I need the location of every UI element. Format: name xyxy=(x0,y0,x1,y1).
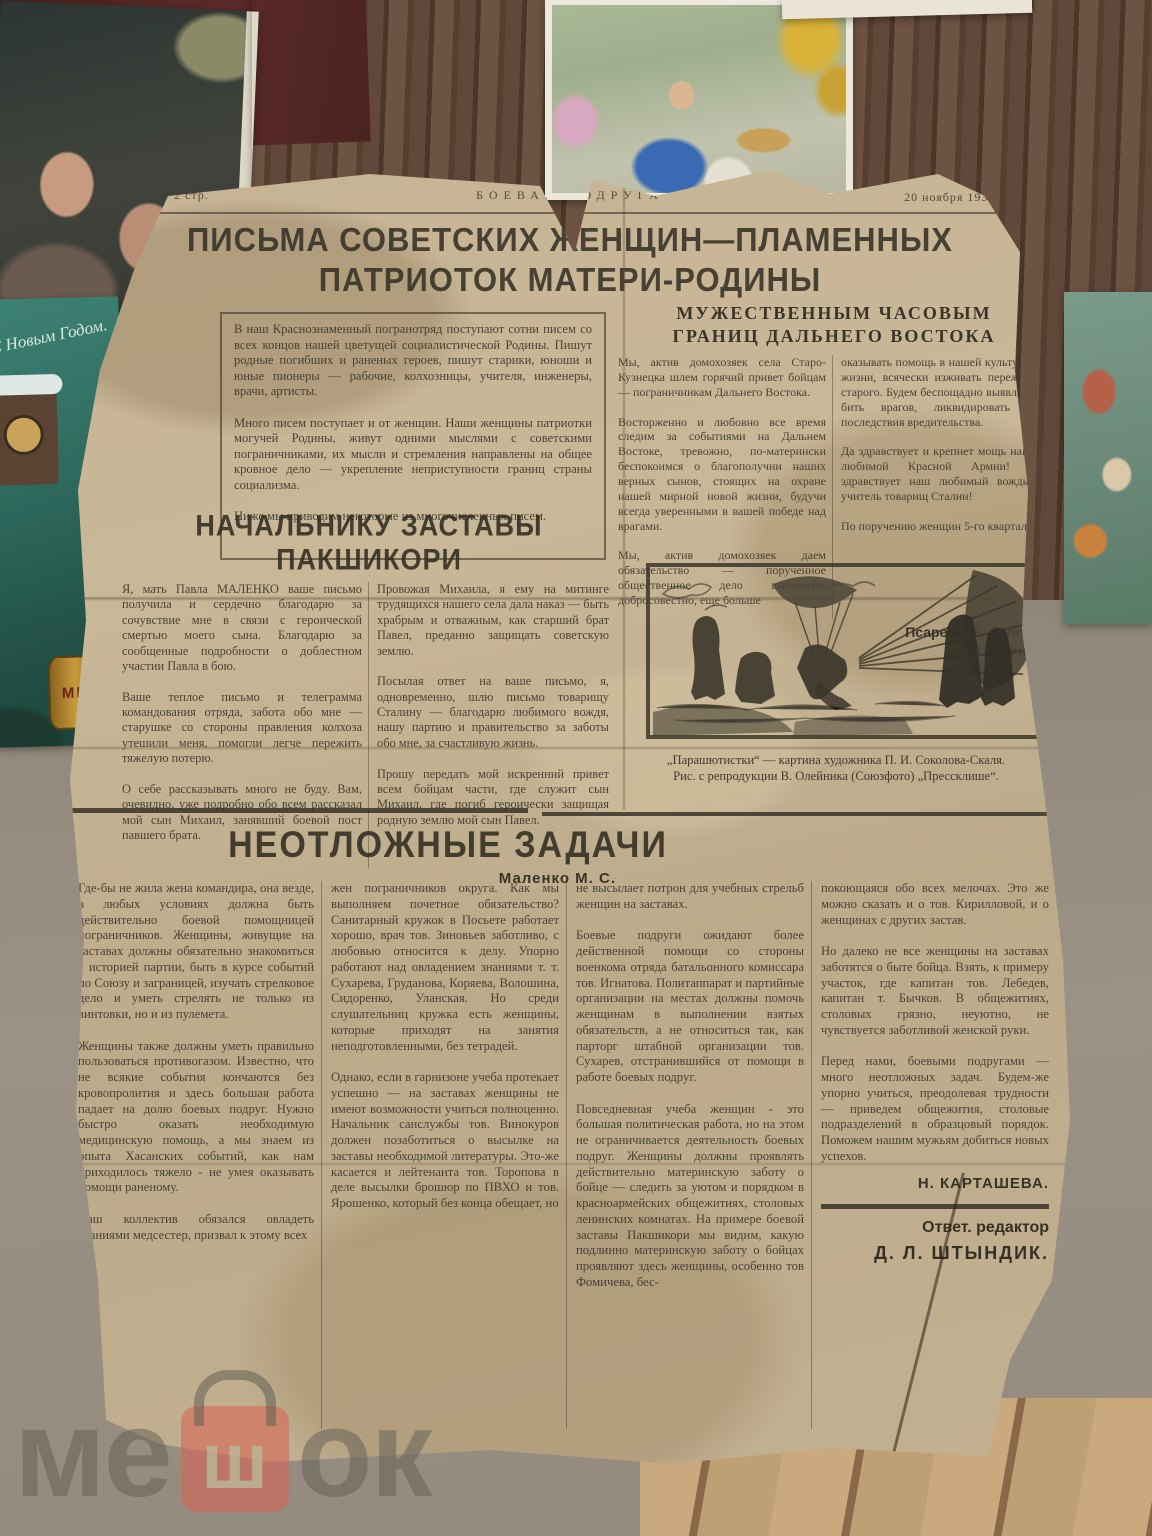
far-east-title-line-2: ГРАНИЦ ДАЛЬНЕГО ВОСТОКА xyxy=(618,325,1050,348)
illustration-caption-line-1: „Парашютистки“ — картина художника П. И.… xyxy=(615,752,1057,768)
postcard-right-partial xyxy=(1064,292,1152,624)
tasks-column-1: Где-бы не жила жена командира, она везде… xyxy=(78,881,314,1429)
parachutists-illustration xyxy=(645,562,1047,742)
parachutists-illustration-svg xyxy=(645,562,1047,742)
fold-crease-horizontal-3 xyxy=(70,1162,1070,1166)
tasks-column-3: не высылает потрон для учебных стрельб ж… xyxy=(566,881,804,1429)
fold-crease-horizontal-1 xyxy=(70,596,1070,601)
tasks-column-2: жен пограничников округа. Как мы выполня… xyxy=(321,881,559,1429)
watermark-prefix: ме xyxy=(14,1392,171,1516)
shopping-bag-icon: ш xyxy=(181,1406,289,1512)
newspaper-page: 2 стр. БОЕВАЯ ПОДРУГА 20 ноября 1938 г. … xyxy=(70,160,1070,1472)
editor-name: Д. Л. ШТЫНДИК. xyxy=(821,1243,1049,1264)
fold-crease-vertical xyxy=(622,160,626,810)
postcard-baby-with-garland xyxy=(252,0,554,192)
fold-crease-horizontal-2 xyxy=(70,746,1070,750)
tasks-signature: Н. КАРТАШЕВА. xyxy=(821,1175,1049,1192)
illustration-caption-line-2: Рис. с репродукции В. Олейника (Союзфото… xyxy=(615,768,1057,784)
clock-dial xyxy=(3,414,44,455)
article-urgent-tasks: НЕОТЛОЖНЫЕ ЗАДАЧИ Где-бы не жила жена ко… xyxy=(78,826,1064,1429)
urgent-tasks-title: НЕОТЛОЖНЫЕ ЗАДАЧИ xyxy=(138,824,758,867)
tasks-column-4: покоющаяся обо всех мелочах. Это же можн… xyxy=(811,881,1049,1429)
pakshikori-title: НАЧАЛЬНИКУ ЗАСТАВЫ ПАКШИКОРИ xyxy=(122,509,616,577)
tasks-column-4-text: покоющаяся обо всех мелочах. Это же можн… xyxy=(821,881,1049,1165)
illustration-caption: „Парашютистки“ — картина художника П. И.… xyxy=(615,752,1057,785)
main-headline-line-2: ПАТРИОТОК МАТЕРИ-РОДИНЫ xyxy=(70,261,1070,300)
bag-handle-icon xyxy=(194,1370,276,1426)
thick-rule-left xyxy=(70,808,528,813)
editor-label: Ответ. редактор xyxy=(821,1219,1049,1237)
far-east-title-line-1: МУЖЕСТВЕННЫМ ЧАСОВЫМ xyxy=(618,302,1050,325)
watermark-bag-letter: ш xyxy=(201,1421,268,1501)
photo-scene: С Новым Годом. МЕД 2 стр. БОЕВАЯ ПОДРУГА… xyxy=(0,0,1152,1536)
cuckoo-clock-illustration xyxy=(0,388,59,486)
new-year-greeting-text: С Новым Годом. xyxy=(0,314,116,359)
thick-rule-right xyxy=(542,812,1047,816)
editor-rule xyxy=(821,1204,1049,1209)
watermark-meshok: ме ш ок xyxy=(14,1392,431,1516)
watermark-suffix: ок xyxy=(297,1392,431,1516)
postcard-girl-with-tray xyxy=(545,0,853,200)
